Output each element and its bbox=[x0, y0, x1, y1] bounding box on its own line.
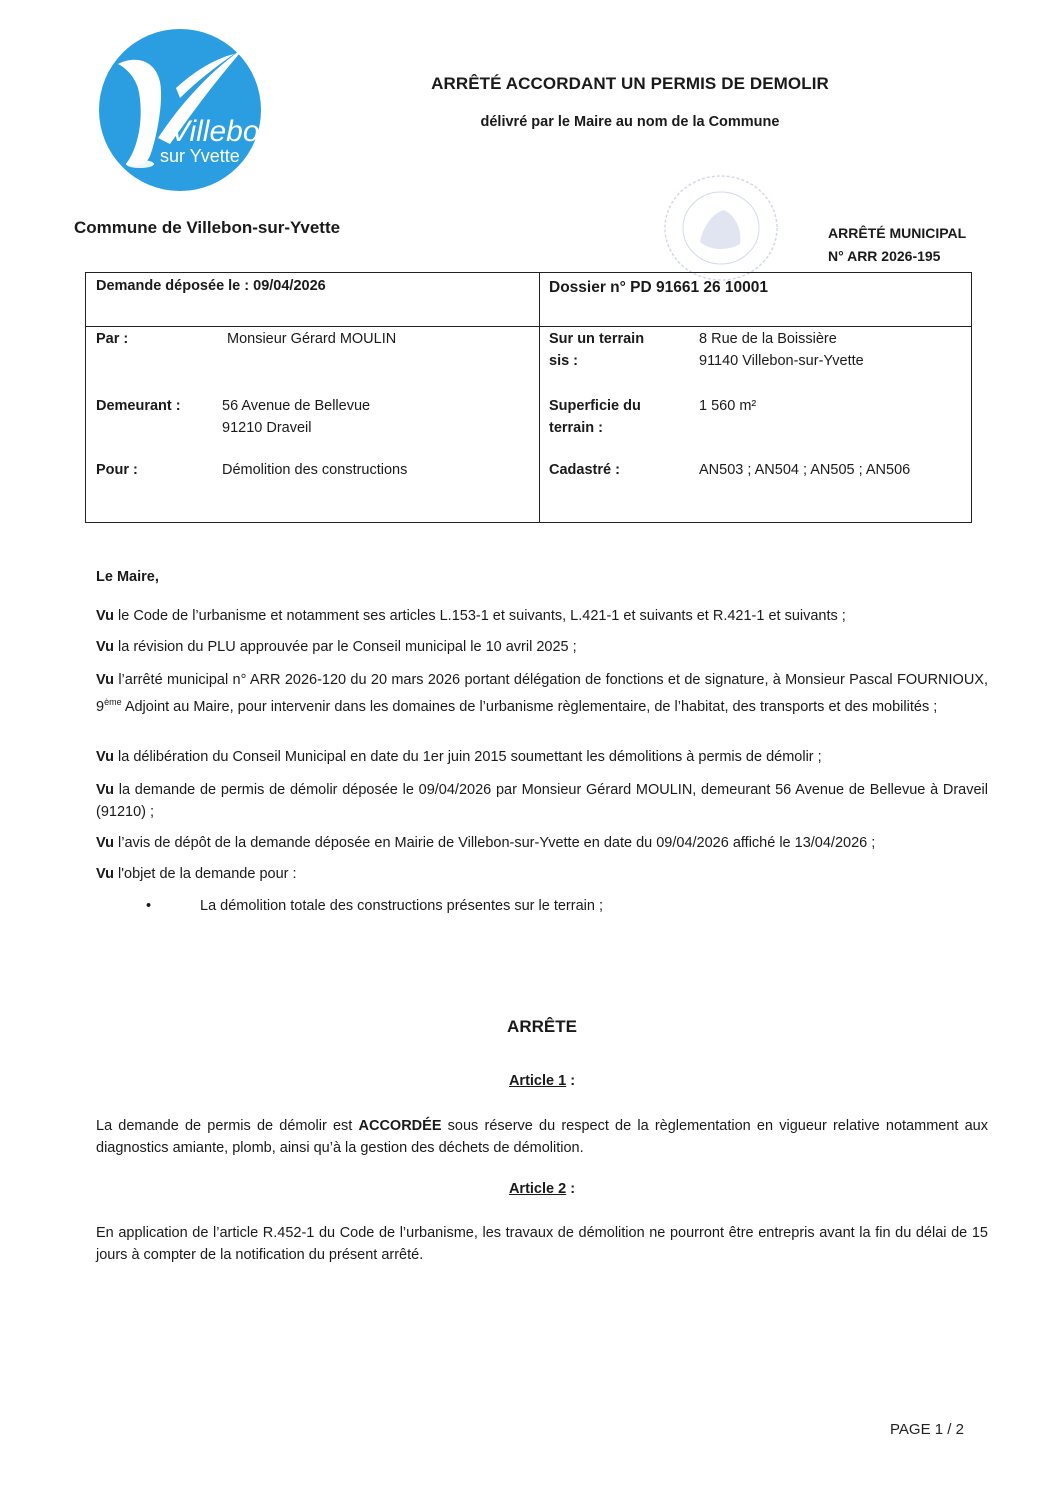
vu-clause-4: Vu la délibération du Conseil Municipal … bbox=[96, 746, 988, 768]
vu-clause-6: Vu l’avis de dépôt de la demande déposée… bbox=[96, 832, 988, 854]
terrain-label-line-1: Sur un terrain bbox=[549, 328, 644, 350]
pour-label: Pour : bbox=[96, 459, 138, 481]
superficie-label-line-2: terrain : bbox=[549, 417, 641, 439]
arrete-reference: ARRÊTÉ MUNICIPAL N° ARR 2026-195 bbox=[828, 222, 966, 268]
article-colon: : bbox=[566, 1181, 575, 1197]
vu-text: l'objet de la demande pour : bbox=[114, 866, 297, 882]
article-colon: : bbox=[566, 1073, 575, 1089]
bullet-item: La démolition totale des constructions p… bbox=[200, 898, 603, 914]
demande-label: Demande déposée le : bbox=[96, 278, 249, 294]
demeurant-line-1: 56 Avenue de Bellevue bbox=[222, 395, 370, 417]
vu-word: Vu bbox=[96, 639, 114, 655]
vu-word: Vu bbox=[96, 672, 114, 688]
par-value: Monsieur Gérard MOULIN bbox=[227, 328, 396, 350]
table-divider-horizontal bbox=[86, 326, 971, 327]
superficie-value: 1 560 m² bbox=[699, 395, 756, 417]
vu-text: l’avis de dépôt de la demande déposée en… bbox=[114, 835, 875, 851]
vu-text: la délibération du Conseil Municipal en … bbox=[114, 749, 822, 765]
commune-name: Commune de Villebon-sur-Yvette bbox=[74, 218, 340, 238]
demande-deposee: Demande déposée le : 09/04/2026 bbox=[96, 275, 326, 297]
vu-text: la demande de permis de démolir déposée … bbox=[96, 782, 988, 820]
document-subtitle: délivré par le Maire au nom de la Commun… bbox=[420, 114, 840, 130]
svg-text:sur Yvette: sur Yvette bbox=[160, 146, 240, 166]
arrete-number: N° ARR 2026-195 bbox=[828, 245, 966, 268]
article-1-heading: Article 1 : bbox=[96, 1073, 988, 1089]
article-1-title: Article 1 bbox=[509, 1073, 566, 1089]
preamble-intro: Le Maire, bbox=[96, 566, 988, 588]
terrain-label-line-2: sis : bbox=[549, 350, 644, 372]
vu-clause-5: Vu la demande de permis de démolir dépos… bbox=[96, 779, 988, 823]
article-2-text: En application de l’article R.452-1 du C… bbox=[96, 1222, 988, 1266]
par-label: Par : bbox=[96, 328, 128, 350]
vu-clause-7: Vu l'objet de la demande pour : bbox=[96, 863, 988, 885]
article-2-title: Article 2 bbox=[509, 1181, 566, 1197]
villebon-logo: Villebon sur Yvette bbox=[98, 28, 262, 192]
cadastre-value: AN503 ; AN504 ; AN505 ; AN506 bbox=[699, 459, 910, 481]
vu-clause-1: Vu le Code de l’urbanisme et notamment s… bbox=[96, 605, 988, 627]
superficie-label-line-1: Superficie du bbox=[549, 395, 641, 417]
dossier-number: Dossier n° PD 91661 26 10001 bbox=[549, 277, 768, 299]
arrete-heading: ARRÊTE bbox=[96, 1017, 988, 1037]
svg-text:Villebon: Villebon bbox=[170, 115, 262, 148]
terrain-line-2: 91140 Villebon-sur-Yvette bbox=[699, 350, 864, 372]
vu-text: Adjoint au Maire, pour intervenir dans l… bbox=[122, 699, 938, 715]
demande-date: 09/04/2026 bbox=[253, 278, 326, 294]
page-number: PAGE 1 / 2 bbox=[890, 1421, 964, 1438]
municipal-seal-icon bbox=[660, 172, 782, 284]
logo-emblem-icon: Villebon sur Yvette bbox=[98, 28, 262, 192]
vu-clause-3: Vu l’arrêté municipal n° ARR 2026-120 du… bbox=[96, 669, 988, 718]
vu-clause-2: Vu la révision du PLU approuvée par le C… bbox=[96, 636, 988, 658]
superscript: ème bbox=[104, 697, 122, 707]
accordee-emphasis: ACCORDÉE bbox=[359, 1118, 442, 1134]
vu-word: Vu bbox=[96, 866, 114, 882]
document-title: ARRÊTÉ ACCORDANT UN PERMIS DE DEMOLIR bbox=[420, 74, 840, 94]
demeurant-line-2: 91210 Draveil bbox=[222, 417, 370, 439]
cadastre-label: Cadastré : bbox=[549, 459, 620, 481]
vu-word: Vu bbox=[96, 608, 114, 624]
vu-word: Vu bbox=[96, 835, 114, 851]
arrete-label: ARRÊTÉ MUNICIPAL bbox=[828, 222, 966, 245]
vu-word: Vu bbox=[96, 749, 114, 765]
terrain-address: 8 Rue de la Boissière 91140 Villebon-sur… bbox=[699, 328, 864, 372]
terrain-line-1: 8 Rue de la Boissière bbox=[699, 328, 864, 350]
demeurant-address: 56 Avenue de Bellevue 91210 Draveil bbox=[222, 395, 370, 439]
vu-word: Vu bbox=[96, 782, 114, 798]
superficie-label: Superficie du terrain : bbox=[549, 395, 641, 439]
article-2-heading: Article 2 : bbox=[96, 1181, 988, 1197]
application-info-table: Demande déposée le : 09/04/2026 Dossier … bbox=[85, 272, 972, 523]
vu-text: le Code de l’urbanisme et notamment ses … bbox=[114, 608, 846, 624]
pour-value: Démolition des constructions bbox=[222, 459, 407, 481]
terrain-label: Sur un terrain sis : bbox=[549, 328, 644, 372]
table-divider-vertical bbox=[539, 273, 540, 522]
vu-text: la révision du PLU approuvée par le Cons… bbox=[114, 639, 577, 655]
article-1-text: La demande de permis de démolir est ACCO… bbox=[96, 1115, 988, 1159]
demeurant-label: Demeurant : bbox=[96, 395, 181, 417]
article-1-text-a: La demande de permis de démolir est bbox=[96, 1118, 359, 1134]
bullet-icon: • bbox=[146, 898, 151, 914]
